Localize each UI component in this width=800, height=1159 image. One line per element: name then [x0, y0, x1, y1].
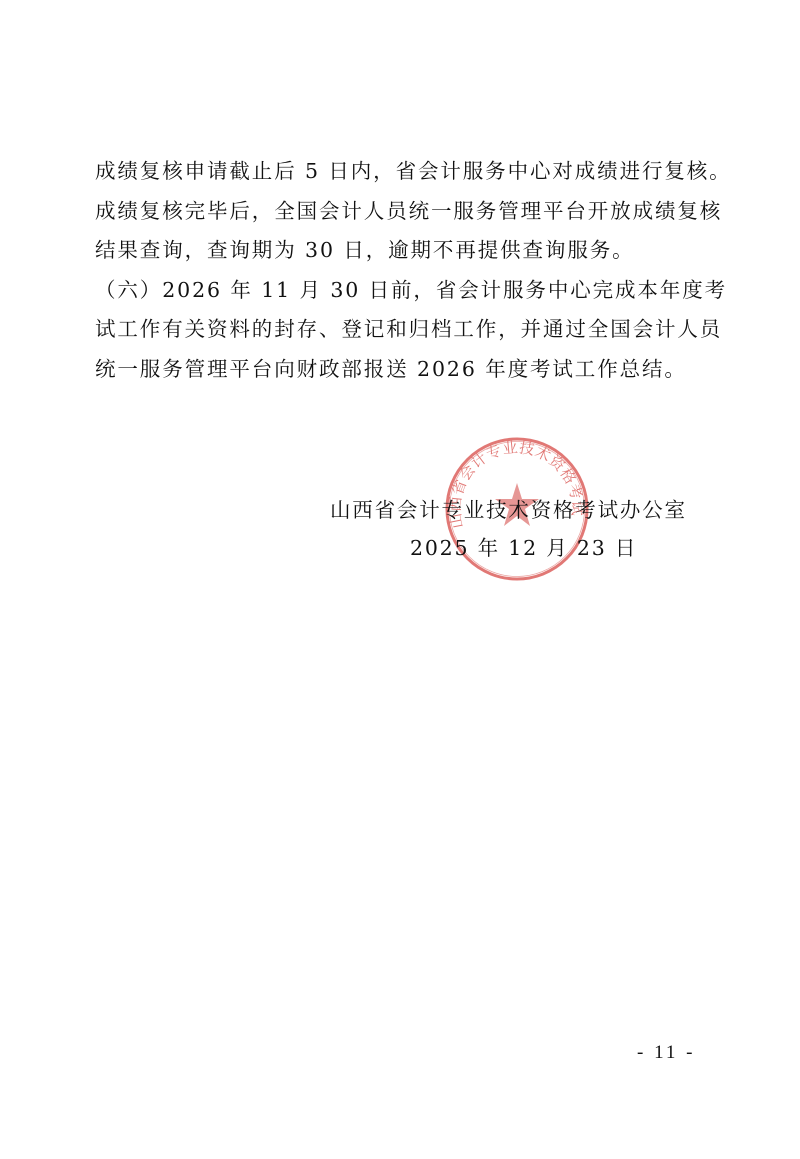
paragraph-line: 成绩复核完毕后，全国会计人员统一服务管理平台开放成绩复核: [95, 192, 707, 232]
page-number: - 11 -: [637, 1042, 695, 1064]
signature-date: 2025 年 12 月 23 日: [330, 529, 670, 567]
paragraph-line: （六）2026 年 11 月 30 日前，省会计服务中心完成本年度考: [95, 271, 707, 311]
signature-block: 山西省会计专业技术资格考试办公室 2025 年 12 月 23 日: [330, 491, 670, 567]
paragraph-line: 统一服务管理平台向财政部报送 2026 年度考试工作总结。: [95, 350, 707, 390]
paragraph-line: 结果查询，查询期为 30 日，逾期不再提供查询服务。: [95, 231, 707, 271]
body-text: 成绩复核申请截止后 5 日内，省会计服务中心对成绩进行复核。 成绩复核完毕后，全…: [95, 152, 707, 389]
paragraph-line: 成绩复核申请截止后 5 日内，省会计服务中心对成绩进行复核。: [95, 152, 707, 192]
paragraph-line: 试工作有关资料的封存、登记和归档工作，并通过全国会计人员: [95, 310, 707, 350]
document-page: 成绩复核申请截止后 5 日内，省会计服务中心对成绩进行复核。 成绩复核完毕后，全…: [0, 0, 800, 1159]
signature-organization: 山西省会计专业技术资格考试办公室: [330, 491, 670, 529]
